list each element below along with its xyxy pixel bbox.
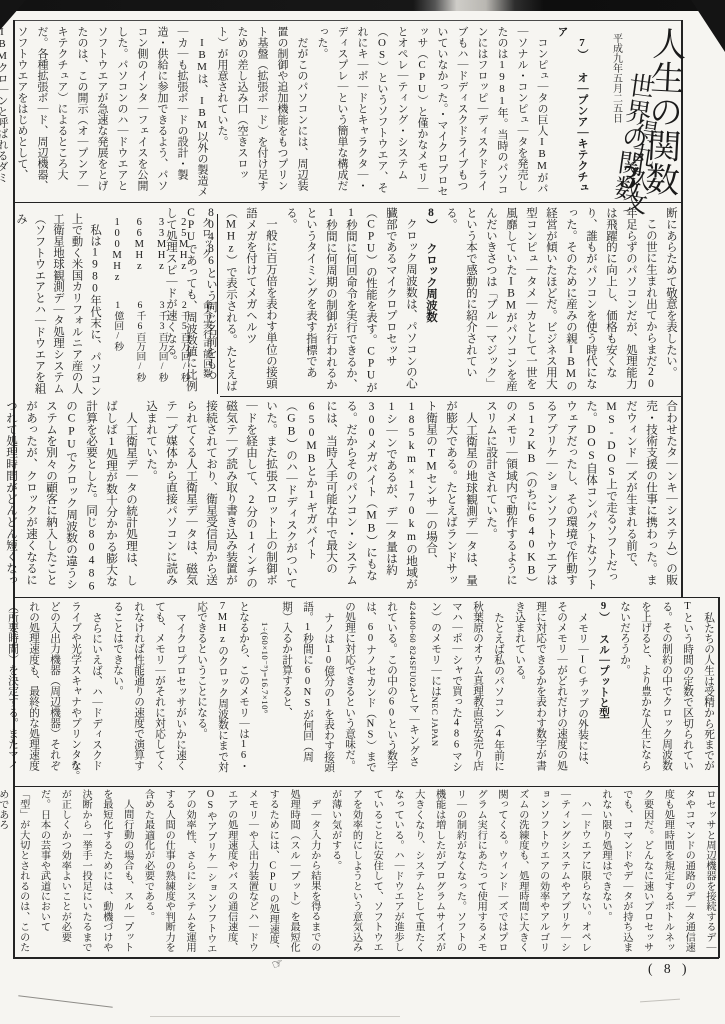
article-tail: う。: [68, 760, 79, 781]
article-paragraph: 1÷(60×10⁻⁹)=16.7×10⁶: [254, 601, 276, 774]
frame-rule-band3-bottom: [13, 597, 719, 598]
article-paragraph: だがこのパソコンには、周辺装置の制御や追加機能をもつプリント基盤︵拡張ボ｜ド︶を…: [212, 26, 312, 200]
article-paragraph: ナノは10億分の1を表わす接頭語。1秒間に60NSが何回︵周期︶入るか計算すると…: [276, 601, 339, 774]
clock-value: 66MHz: [134, 217, 145, 272]
text-band-3: 合わせたタ｜ンキ｜システム︶の販売・技術支援の仕事に携わった。まだウィンド｜ズが…: [22, 400, 681, 595]
section-heading: 8︶ クロック周波数: [421, 207, 441, 394]
article-paragraph: この世に生まれ出てからまだ20年足らずのパソコンだが、処理能力は飛躍的に向上し、…: [441, 207, 661, 394]
vertical-text: 人工衛星の地球観測デ｜タは、量が膨大である。たとえばランドサット衛星のTMセンサ…: [145, 400, 478, 589]
vertical-text: 人工衛星デ｜タの統計処理は、しばしば1処理が数十分かかる膨大な計算を必要とした。…: [0, 400, 138, 593]
vertical-text: コンピュ｜タの巨人IBMがパ｜ソナル・コンピュ｜タを発売したのは1981年。当時…: [316, 26, 548, 197]
article-paragraph: 私たちの人生は受精から死までがTという時間の定数で区切られている。その制約の中で…: [614, 601, 719, 774]
vertical-text: 私は1980年代末に、パソコン上で動く米国カリフォルニア産の人工衛星地球観測デ｜…: [15, 213, 101, 397]
instruction-count-value: 3千3百万回/秒: [156, 300, 166, 382]
vertical-text: 私たちの人生は受精から死までがTという時間の定数で区切られている。その制約の中で…: [619, 601, 714, 771]
article-paragraph: メモリ｜ICチップの外装には、そのメモリ｜がどれだけの速度の処理に対応できるかを…: [509, 601, 593, 774]
article-paragraph: 人工衛星の地球観測デ｜タは、量が膨大である。たとえばランドサット衛星のTMセンサ…: [141, 400, 481, 595]
vertical-text: クロック周波数は、パソコンの心臓部であるマイクロプロセッサ︵CPU︶の性能を表す…: [285, 207, 417, 393]
vertical-text: 9︶ スル｜プットと型: [598, 601, 609, 718]
vertical-text: たとえば私のパソコン︵4年前に秋葉原のオウム真理教直営安売り店マハ｜ポ｜シャで買…: [430, 601, 504, 772]
clock-value: 25MHz: [178, 217, 189, 272]
vertical-text: ハ｜ドウエアに限らない。オペレ｜ティングシステムやアプリケ｜ションソフトウエアの…: [330, 789, 591, 952]
scan-smudge: [18, 995, 112, 1008]
frame-rule-band2-bottom: [220, 396, 682, 397]
article-paragraph: 人工衛星デ｜タの統計処理は、しばしば1処理が数十分かかる膨大な計算を必要とした。…: [0, 400, 141, 595]
article-paragraph: クロック周波数は、パソコンの心臓部であるマイクロプロセッサ︵CPU︶の性能を表す…: [281, 207, 421, 394]
article-paragraph: となるから、このメモリ｜は16・7MHzのクロック周波数にまで対応できるというこ…: [191, 601, 254, 774]
scanned-page: 人生の関数 世界の関数 3 平成九年五月二五日 得丸久文 7︶ オ｜プンア｜キテ…: [0, 0, 725, 1024]
article-paragraph: デ｜タ入力から結果を得るまでの処理時間︵スル｜プット︶を最短化するためには、CP…: [137, 789, 324, 955]
text-band-2: 断にあらためて敬意を表したい。この世に生まれ出てからまだ20年足らずのパソコンだ…: [222, 207, 681, 394]
frame-rule-top: [13, 20, 682, 21]
clock-table-column: 66MHz6千6百万回/秒: [128, 214, 150, 394]
vertical-text: マイクロプロセッサがいかに速くても、メモリ｜がそれに対応してくれなければ性能通り…: [112, 601, 186, 771]
clock-value: 100MHz: [112, 217, 123, 283]
vertical-text: メモリ｜ICチップの外装には、そのメモリ｜がどれだけの速度の処理に対応できるかを…: [514, 601, 588, 771]
article-paragraph: コンピュ｜タの巨人IBMがパ｜ソナル・コンピュ｜タを発売したのは1981年。当時…: [312, 26, 552, 200]
scan-smudge: [150, 1016, 400, 1017]
clock-table-column: 33MHz3千3百万回/秒: [150, 214, 172, 394]
vertical-text: ナノは10億分の1を表わす接頭語。1秒間に60NSが何回︵周期︶入るか計算すると…: [281, 601, 334, 772]
vertical-text: さらにいえば、ハ｜ドディスクドライブや光学スキャナやプリンタなどの入出力機器︵周…: [0, 601, 102, 771]
section-heading: 9︶ スル｜プットと型: [593, 601, 614, 774]
text-band-5: ロセッサと周辺機器を接続するデ｜タやコマンドの通路のデ｜タ通信速度も処理時間を規…: [24, 789, 719, 955]
clock-value: 33MHz: [156, 217, 167, 272]
scan-smudge: [640, 999, 680, 1003]
vertical-text: デ｜タ入力から結果を得るまでの処理時間︵スル｜プット︶を最短化するためには、CP…: [142, 789, 319, 955]
instruction-count-value: 2千5百万回/秒: [179, 300, 189, 382]
text-band-2-left: 私は1980年代末に、パソコン上で動く米国カリフォルニア産の人工衛星地球観測デ｜…: [26, 213, 104, 401]
article-paragraph: ハ｜ドウエアに限らない。オペレ｜ティングシステムやアプリケ｜ションソフトウエアの…: [324, 789, 594, 955]
vertical-text: 合わせたタ｜ンキ｜システム︶の販売・技術支援の仕事に携わった。まだウィンド｜ズが…: [485, 400, 678, 590]
instruction-count-value: 6千6百万回/秒: [134, 300, 144, 382]
article-paragraph: 合わせたタ｜ンキ｜システム︶の販売・技術支援の仕事に携わった。まだウィンド｜ズが…: [481, 400, 681, 595]
frame-rule-band1-bottom: [13, 202, 682, 203]
vertical-text: IBMは、IBM以外の製造メ｜カ｜も拡張ボ｜ドの設計・製造・供給に参加できるよう…: [0, 26, 208, 197]
clock-table: クロック命令実行可能回数25MHz2千5百万回/秒33MHz3千3百万回/秒66…: [106, 214, 218, 394]
article-paragraph: IBMは、IBM以外の製造メ｜カ｜も拡張ボ｜ドの設計・製造・供給に参加できるよう…: [0, 26, 212, 200]
text-band-4: 私たちの人生は受精から死までがTという時間の定数で区切られている。その制約の中で…: [24, 601, 719, 774]
article-paragraph: マイクロプロセッサがいかに速くても、メモリ｜がそれに対応してくれなければ性能通り…: [107, 601, 191, 774]
article-date: 平成九年五月二五日: [610, 33, 621, 123]
vertical-text: ロセッサと周辺機器を接続するデ｜タやコマンドの通路のデ｜タ通信速度も処理時間を規…: [600, 789, 715, 952]
vertical-text: となるから、このメモリ｜は16・7MHzのクロック周波数にまで対応できるというこ…: [196, 601, 249, 772]
vertical-text: この世に生まれ出てからまだ20年足らずのパソコンだが、処理能力は飛躍的に向上し、…: [445, 207, 657, 391]
scan-edge-top: [0, 0, 725, 11]
clock-value: クロック: [200, 217, 211, 259]
frame-rule-band4-bottom: [13, 786, 719, 787]
vertical-text: 断にあらためて敬意を表したい。: [665, 207, 677, 378]
article-paragraph: 断にあらためて敬意を表したい。: [661, 207, 681, 394]
clock-table-column: 100MHz1億回/秒: [106, 214, 128, 394]
article-paragraph: 私は1980年代末に、パソコン上で動く米国カリフォルニア産の人工衛星地球観測デ｜…: [12, 213, 105, 401]
clock-table-column: 25MHz2千5百万回/秒: [173, 214, 195, 394]
frame-rule-bottom: [13, 957, 719, 959]
article-paragraph: 人間行動の場合も、スル｜プットを最短化するためには、動機づけや決断から一挙手一投…: [0, 789, 137, 955]
article-paragraph: ロセッサと周辺機器を接続するデ｜タやコマンドの通路のデ｜タ通信速度も処理時間を規…: [594, 789, 719, 955]
vertical-text: 7︶ オ｜プンア｜キテクチュア: [556, 26, 588, 193]
sideways-text: 1÷(60×10⁻⁹)=16.7×10⁶: [260, 622, 270, 714]
vertical-text: 人間行動の場合も、スル｜プットを最短化するためには、動機づけや決断から一挙手一投…: [0, 789, 133, 952]
article-paragraph: さらにいえば、ハ｜ドディスクドライブや光学スキャナやプリンタなどの入出力機器︵周…: [0, 601, 107, 774]
page-number: ( 8 ): [648, 961, 691, 977]
section-heading: 7︶ オ｜プンア｜キテクチュア: [552, 26, 592, 200]
clock-table-header-column: クロック命令実行可能回数: [195, 214, 218, 394]
vertical-text: 8︶ クロック周波数: [425, 207, 437, 322]
article-paragraph: たとえば私のパソコン︵4年前に秋葉原のオウム真理教直営安売り店マハ｜ポ｜シャで買…: [339, 601, 509, 774]
text-band-1: 7︶ オ｜プンア｜キテクチュアコンピュ｜タの巨人IBMがパ｜ソナル・コンピュ｜タ…: [25, 26, 592, 200]
vertical-text: だがこのパソコンには、周辺装置の制御や追加機能をもつプリント基盤︵拡張ボ｜ド︶を…: [216, 26, 308, 191]
instruction-count-value: 1億回/秒: [112, 300, 122, 351]
instruction-count-value: 命令実行可能回数: [201, 300, 211, 378]
